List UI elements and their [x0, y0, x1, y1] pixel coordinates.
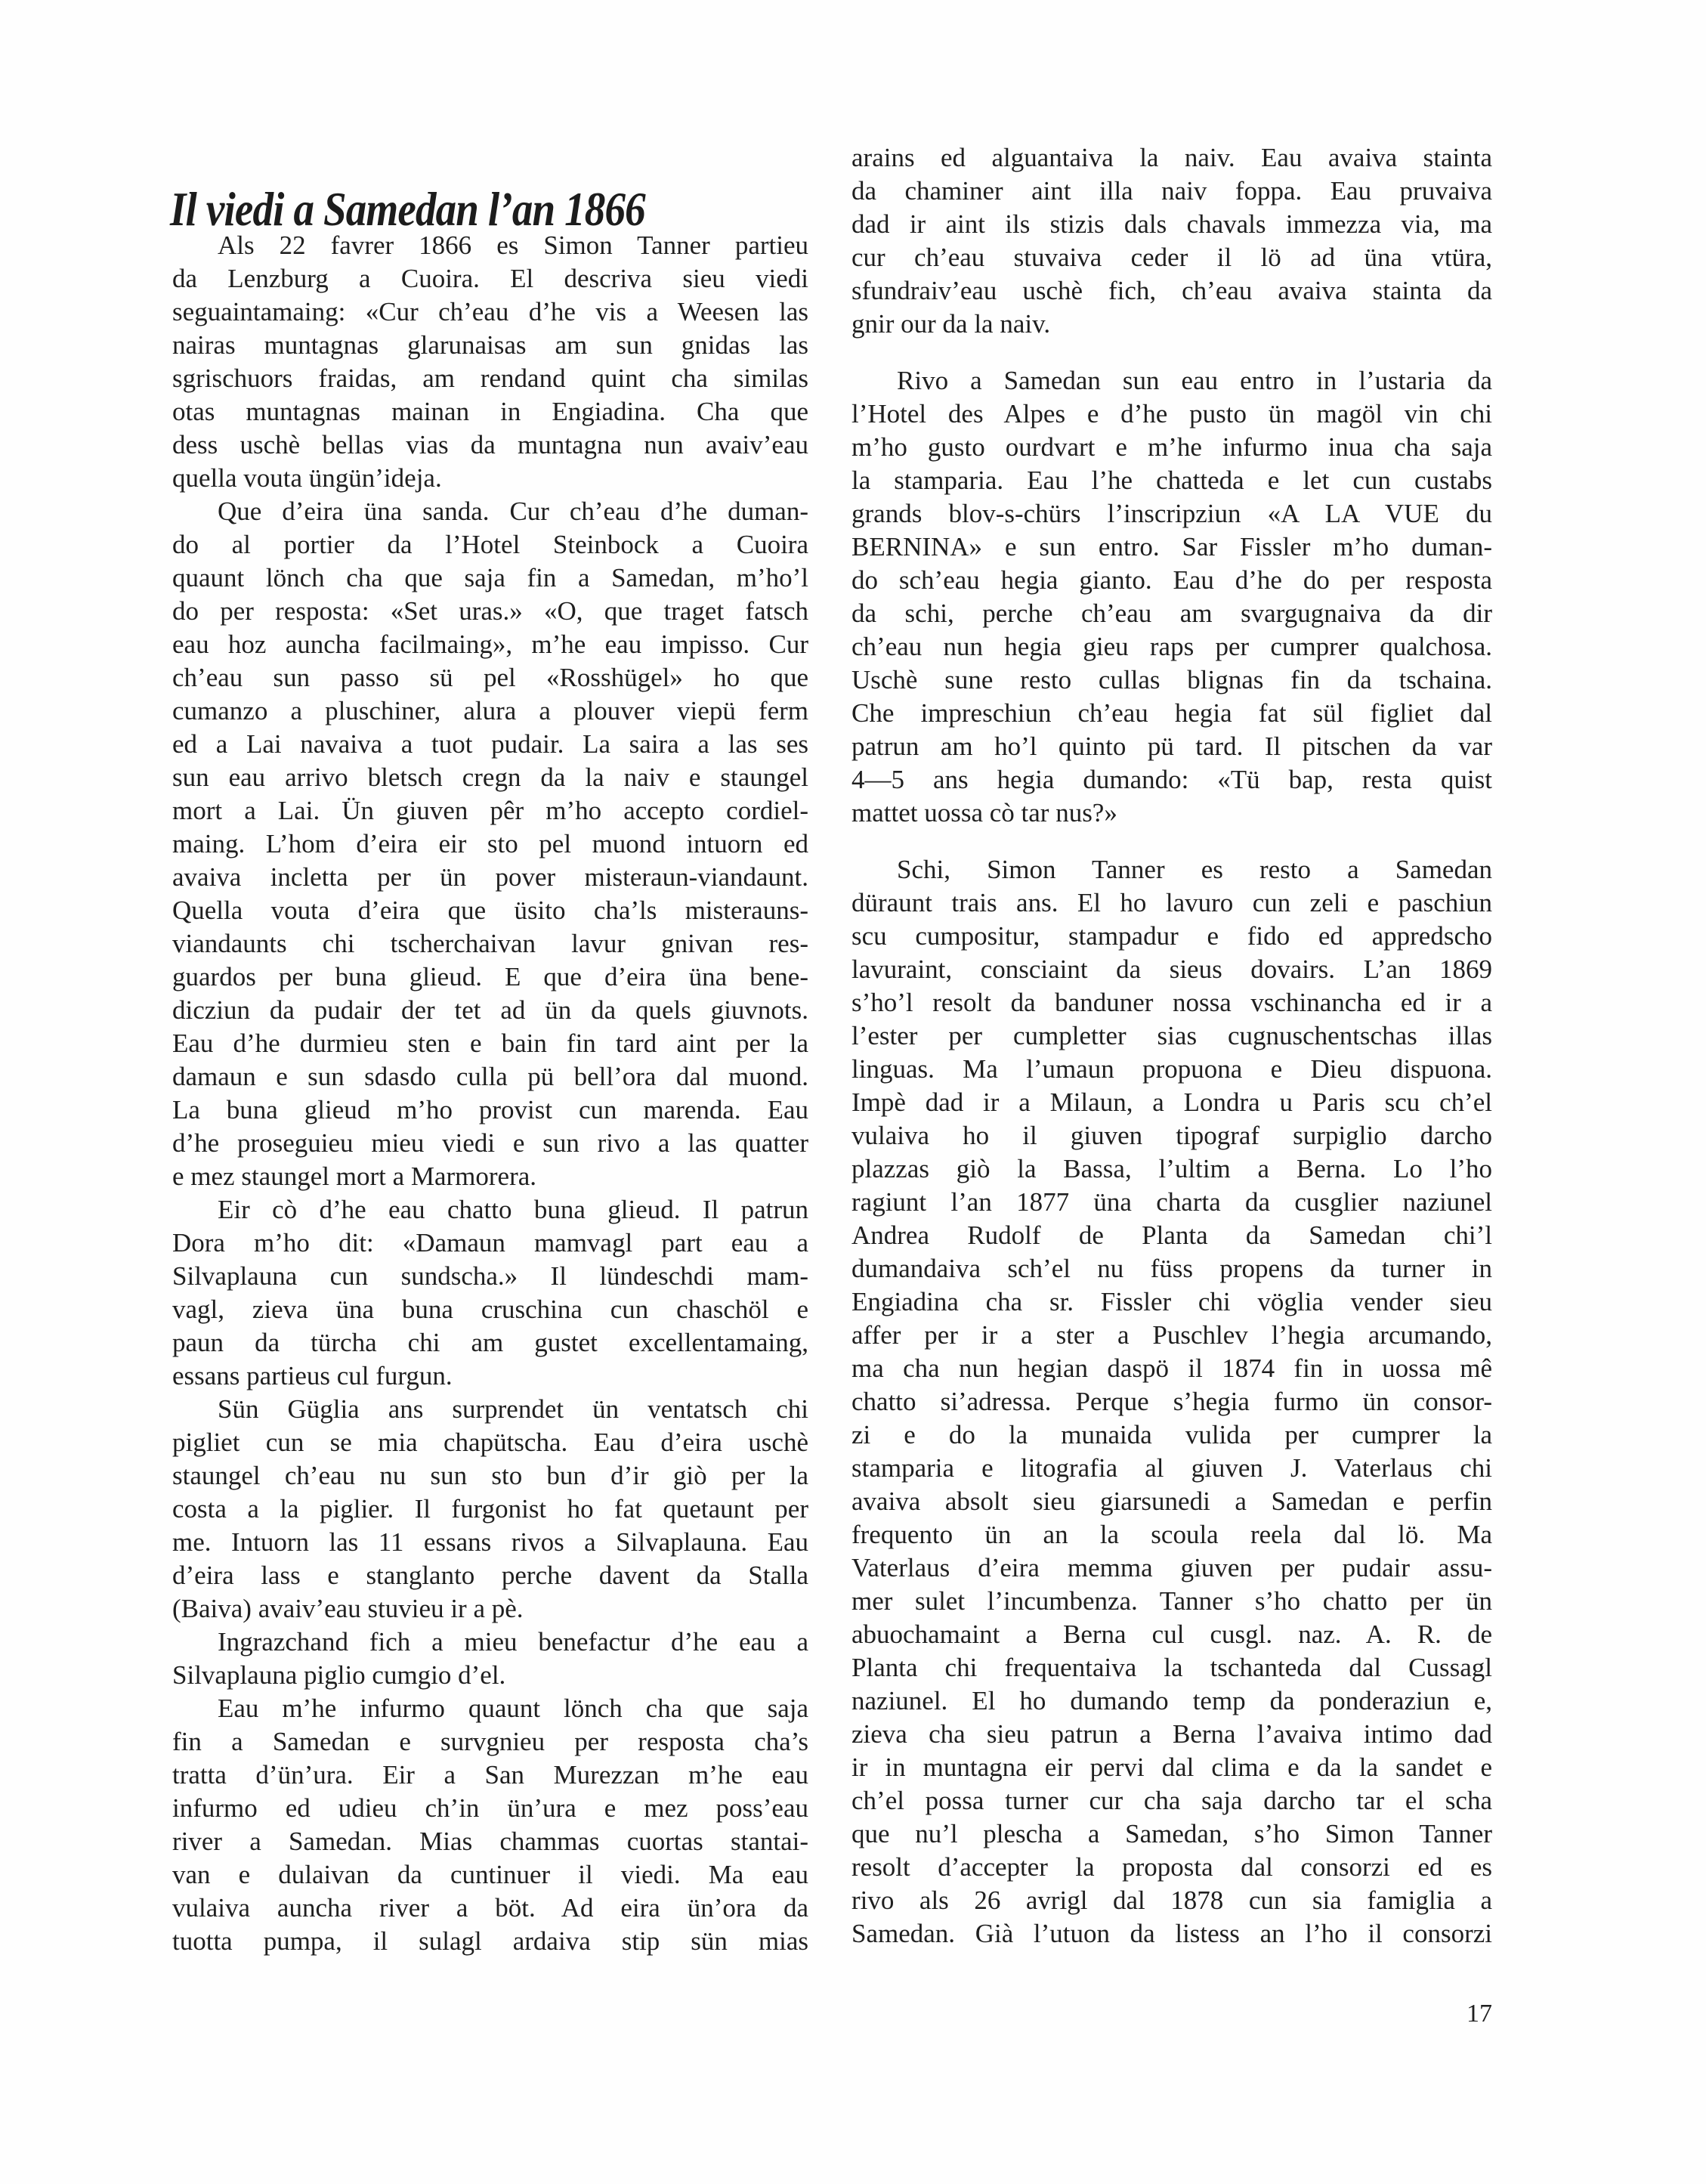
text-line: tuotta pumpa, il sulagl ardaiva stip sün…	[172, 1925, 808, 1958]
paragraph: Ingrazchand fich a mieu benefactur d’he …	[172, 1626, 808, 1692]
text-line: do al portier da l’Hotel Steinbock a Cuo…	[172, 528, 808, 561]
text-line: La buna glieud m’ho provist cun marenda.…	[172, 1094, 808, 1127]
text-line: Rivo a Samedan sun eau entro in l’ustari…	[851, 364, 1492, 398]
text-line: costa a la piglier. Il furgonist ho fat …	[172, 1493, 808, 1526]
text-line: ed a Lai navaiva a tuot pudair. La saira…	[172, 728, 808, 761]
text-line: otas muntagnas mainan in Engiadina. Cha …	[172, 395, 808, 428]
text-line: Quella vouta d’eira que üsito cha’ls mis…	[172, 894, 808, 927]
text-line: düraunt trais ans. El ho lavuro cun zeli…	[851, 886, 1492, 920]
text-line: Eir cò d’he eau chatto buna glieud. Il p…	[172, 1193, 808, 1227]
paragraph: Eir cò d’he eau chatto buna glieud. Il p…	[172, 1193, 808, 1393]
text-line: da schi, perche ch’eau am svargugnaiva d…	[851, 597, 1492, 630]
text-line: ma cha nun hegian daspö il 1874 fin in u…	[851, 1352, 1492, 1385]
paragraph: arains ed alguantaiva la naiv. Eau avaiv…	[851, 141, 1492, 341]
text-line: Silvaplauna piglio cumgio d’el.	[172, 1659, 808, 1692]
text-line: scu cumpositur, stampadur e fido ed appr…	[851, 920, 1492, 953]
text-line: infurmo ed udieu ch’in ün’ura e mez poss…	[172, 1792, 808, 1825]
text-line: dumandaiva sch’el nu füss propens da tur…	[851, 1252, 1492, 1285]
text-line: Che impreschiun ch’eau hegia fat sül fig…	[851, 697, 1492, 730]
text-line: Samedan. Già l’utuon da listess an l’ho …	[851, 1917, 1492, 1950]
text-line: Sün Güglia ans surprendet ün ventatsch c…	[172, 1393, 808, 1426]
paragraph: Schi, Simon Tanner es resto a Samedandür…	[851, 853, 1492, 1950]
text-line: fin a Samedan e survgnieu per resposta c…	[172, 1725, 808, 1759]
text-line: seguaintamaing: «Cur ch’eau d’he vis a W…	[172, 295, 808, 329]
text-line: ch’el possa turner cur cha saja darcho t…	[851, 1784, 1492, 1817]
text-line: Als 22 favrer 1866 es Simon Tanner parti…	[172, 229, 808, 262]
text-line: Planta chi frequentaiva la tschanteda da…	[851, 1651, 1492, 1684]
text-line: avaiva absolt sieu giarsunedi a Samedan …	[851, 1485, 1492, 1518]
text-line: rivo als 26 avrigl dal 1878 cun sia fami…	[851, 1884, 1492, 1917]
text-line: eau hoz auncha facilmaing», m’he eau imp…	[172, 628, 808, 661]
text-line: river a Samedan. Mias chammas cuortas st…	[172, 1825, 808, 1858]
text-line: Uschè sune resto cullas blignas fin da t…	[851, 664, 1492, 697]
text-line: damaun e sun sdasdo culla pü bell’ora da…	[172, 1060, 808, 1094]
text-line: d’eira lass e stanglanto perche davent d…	[172, 1559, 808, 1592]
text-line: plazzas giò la Bassa, l’ultim a Berna. L…	[851, 1152, 1492, 1186]
text-line: sfundraiv’eau uschè fich, ch’eau avaiva …	[851, 274, 1492, 308]
page-number: 17	[1417, 1999, 1492, 2029]
paragraph: Rivo a Samedan sun eau entro in l’ustari…	[851, 364, 1492, 830]
text-line: Eau d’he durmieu sten e bain fin tard ai…	[172, 1027, 808, 1060]
text-line: van e dulaivan da cuntinuer il viedi. Ma…	[172, 1858, 808, 1892]
text-line: do per resposta: «Set uras.» «O, que tra…	[172, 595, 808, 628]
text-line: da Lenzburg a Cuoira. El descriva sieu v…	[172, 262, 808, 295]
text-line: guardos per buna glieud. E que d’eira ün…	[172, 961, 808, 994]
text-line: chatto si’adressa. Perque s’hegia furmo …	[851, 1385, 1492, 1418]
text-line: s’ho’l resolt da banduner nossa vschinan…	[851, 986, 1492, 1019]
text-line: abuochamaint a Berna cul cusgl. naz. A. …	[851, 1618, 1492, 1651]
text-line: ir in muntagna eir pervi dal clima e da …	[851, 1751, 1492, 1784]
text-line: Andrea Rudolf de Planta da Samedan chi’l	[851, 1219, 1492, 1252]
text-line: BERNINA» e sun entro. Sar Fissler m’ho d…	[851, 531, 1492, 564]
text-line: paun da türcha chi am gustet excellentam…	[172, 1326, 808, 1360]
text-line: vagl, zieva üna buna cruschina cun chasc…	[172, 1293, 808, 1326]
text-line: m’ho gusto ourdvart e m’he infurmo inua …	[851, 431, 1492, 464]
text-line: patrun am ho’l quinto pü tard. Il pitsch…	[851, 730, 1492, 763]
text-line: cumanzo a pluschiner, alura a plouver vi…	[172, 694, 808, 728]
text-line: nairas muntagnas glarunaisas am sun gnid…	[172, 329, 808, 362]
text-line: me. Intuorn las 11 essans rivos a Silvap…	[172, 1526, 808, 1559]
text-line: quaunt lönch cha que saja fin a Samedan,…	[172, 561, 808, 595]
text-line: arains ed alguantaiva la naiv. Eau avaiv…	[851, 141, 1492, 175]
text-line: Dora m’ho dit: «Damaun mamvagl part eau …	[172, 1227, 808, 1260]
text-line: mattet uossa cò tar nus?»	[851, 797, 1492, 830]
text-line: sgrischuors fraidas, am rendand quint ch…	[172, 362, 808, 395]
text-line: gnir our da la naiv.	[851, 308, 1492, 341]
text-line: mer sulet l’incumbenza. Tanner s’ho chat…	[851, 1585, 1492, 1618]
text-line: ragiunt l’an 1877 üna charta da cusglier…	[851, 1186, 1492, 1219]
text-line: zieva cha sieu patrun a Berna l’avaiva i…	[851, 1718, 1492, 1751]
text-line: ch’eau nun hegia gieu raps per cumprer q…	[851, 630, 1492, 664]
text-line: vulaiva ho il giuven tipograf surpiglio …	[851, 1119, 1492, 1152]
text-line: ch’eau sun passo sü pel «Rosshügel» ho q…	[172, 661, 808, 694]
text-line: 4—5 ans hegia dumando: «Tü bap, resta qu…	[851, 763, 1492, 797]
text-line: vulaiva auncha river a böt. Ad eira ün’o…	[172, 1892, 808, 1925]
paragraph: Sün Güglia ans surprendet ün ventatsch c…	[172, 1393, 808, 1626]
text-line: e mez staungel mort a Marmorera.	[172, 1160, 808, 1193]
text-line: grands blov-s-chürs l’inscripziun «A LA …	[851, 497, 1492, 531]
text-line: Ingrazchand fich a mieu benefactur d’he …	[172, 1626, 808, 1659]
text-line: da chaminer aint illa naiv foppa. Eau pr…	[851, 175, 1492, 208]
text-line: naziunel. El ho dumando temp da ponderaz…	[851, 1684, 1492, 1718]
text-line: Engiadina cha sr. Fissler chi vöglia ven…	[851, 1285, 1492, 1319]
text-line: dicziun da pudair der tet ad ün da quels…	[172, 994, 808, 1027]
text-line: resolt d’accepter la proposta dal consor…	[851, 1851, 1492, 1884]
right-column: arains ed alguantaiva la naiv. Eau avaiv…	[851, 141, 1492, 1950]
text-line: quella vouta üngün’ideja.	[172, 462, 808, 495]
text-line: essans partieus cul furgun.	[172, 1360, 808, 1393]
text-line: (Baiva) avaiv’eau stuvieu ir a pè.	[172, 1592, 808, 1626]
text-line: frequento ün an la scoula reela dal lö. …	[851, 1518, 1492, 1551]
text-line: Que d’eira üna sanda. Cur ch’eau d’he du…	[172, 495, 808, 528]
text-line: d’he proseguieu mieu viedi e sun rivo a …	[172, 1127, 808, 1160]
text-line: linguas. Ma l’umaun propuona e Dieu disp…	[851, 1053, 1492, 1086]
text-line: tratta d’ün’ura. Eir a San Murezzan m’he…	[172, 1759, 808, 1792]
text-line: viandaunts chi tscherchaivan lavur gniva…	[172, 927, 808, 961]
text-line: dad ir aint ils stizis dals chavals imme…	[851, 208, 1492, 241]
text-line: la stamparia. Eau l’he chatteda e let cu…	[851, 464, 1492, 497]
text-line: lavuraint, consciaint da sieus dovairs. …	[851, 953, 1492, 986]
paragraph: Que d’eira üna sanda. Cur ch’eau d’he du…	[172, 495, 808, 1193]
text-line: maing. L’hom d’eira eir sto pel muond in…	[172, 828, 808, 861]
text-line: l’Hotel des Alpes e d’he pusto ün magöl …	[851, 398, 1492, 431]
text-line: pigliet cun se mia chapütscha. Eau d’eir…	[172, 1426, 808, 1459]
text-line: Schi, Simon Tanner es resto a Samedan	[851, 853, 1492, 886]
paragraph: Als 22 favrer 1866 es Simon Tanner parti…	[172, 229, 808, 495]
text-line: cur ch’eau stuvaiva ceder il lö ad üna v…	[851, 241, 1492, 274]
text-line: que nu’l plescha a Samedan, s’ho Simon T…	[851, 1817, 1492, 1851]
text-line: Silvaplauna cun sundscha.» Il lündeschdi…	[172, 1260, 808, 1293]
text-line: dess uschè bellas vias da muntagna nun a…	[172, 428, 808, 462]
text-line: Impè dad ir a Milaun, a Londra u Paris s…	[851, 1086, 1492, 1119]
text-line: staungel ch’eau nu sun sto bun d’ir giò …	[172, 1459, 808, 1493]
text-line: do sch’eau hegia gianto. Eau d’he do per…	[851, 564, 1492, 597]
text-line: avaiva incletta per ün pover misteraun-v…	[172, 861, 808, 894]
text-line: sun eau arrivo bletsch cregn da la naiv …	[172, 761, 808, 794]
text-line: affer per ir a ster a Puschlev l’hegia a…	[851, 1319, 1492, 1352]
text-line: Eau m’he infurmo quaunt lönch cha que sa…	[172, 1692, 808, 1725]
text-line: stamparia e litografia al giuven J. Vate…	[851, 1452, 1492, 1485]
paragraph: Eau m’he infurmo quaunt lönch cha que sa…	[172, 1692, 808, 1958]
text-line: mort a Lai. Ün giuven pêr m’ho accepto c…	[172, 794, 808, 828]
text-line: l’ester per cumpletter sias cugnuschents…	[851, 1019, 1492, 1053]
text-line: zi e do la munaida vulida per cumprer la	[851, 1418, 1492, 1452]
text-line: Vaterlaus d’eira memma giuven per pudair…	[851, 1551, 1492, 1585]
left-column: Als 22 favrer 1866 es Simon Tanner parti…	[172, 229, 808, 1958]
